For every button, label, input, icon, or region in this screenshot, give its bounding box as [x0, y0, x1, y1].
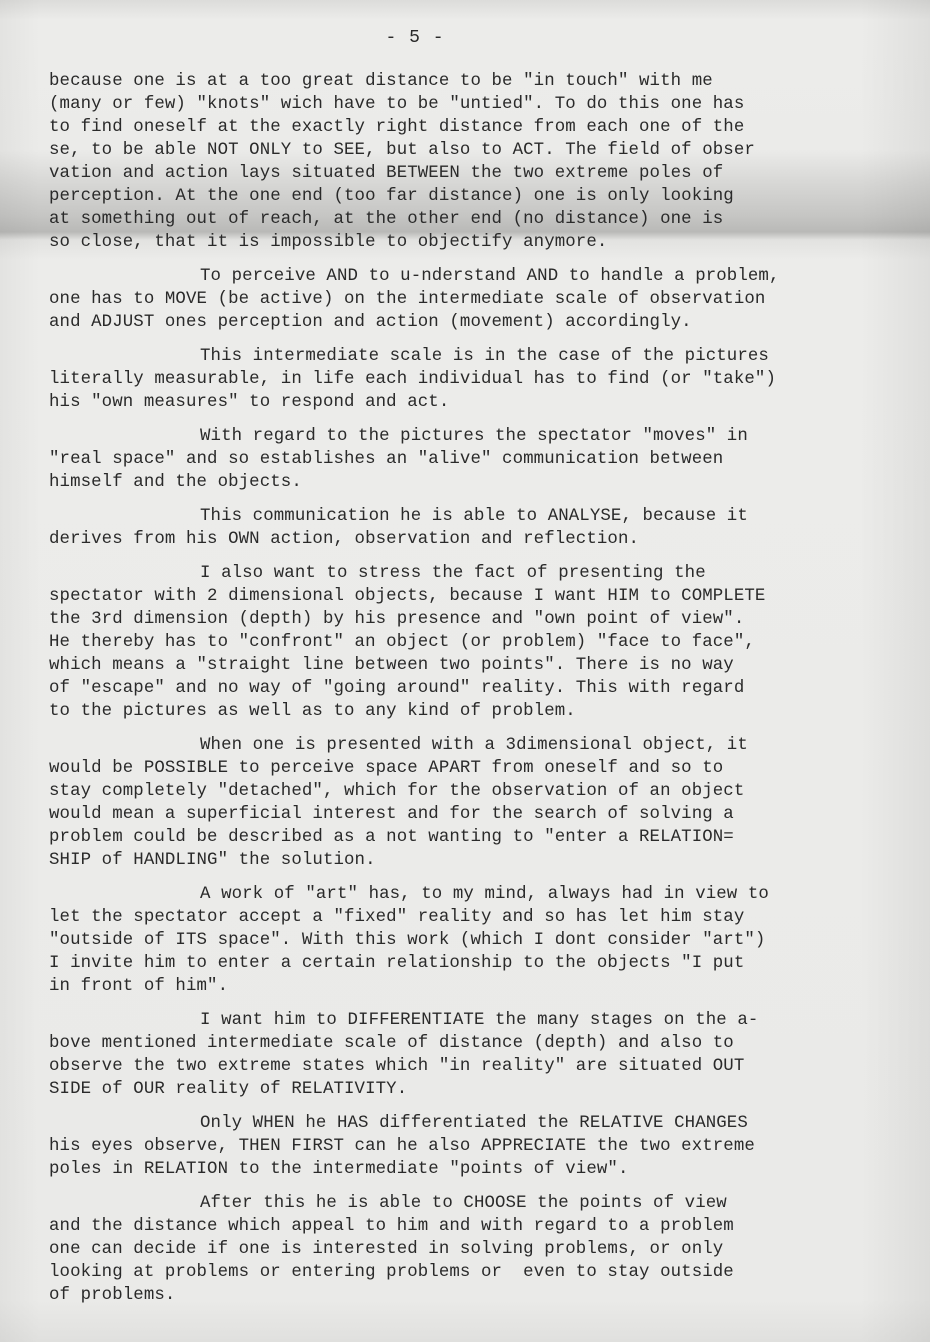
paragraph-3: This intermediate scale is in the case o… [49, 345, 869, 414]
text-line: I want him to DIFFERENTIATE the many sta… [49, 1009, 869, 1032]
text-line: at something out of reach, at the other … [49, 208, 869, 231]
text-line: observe the two extreme states which "in… [49, 1055, 869, 1078]
text-line: "real space" and so establishes an "aliv… [49, 448, 869, 471]
paragraph-4: With regard to the pictures the spectato… [49, 425, 869, 494]
text-line: A work of "art" has, to my mind, always … [49, 883, 869, 906]
text-line: Only WHEN he HAS differentiated the RELA… [49, 1112, 869, 1135]
paragraph-8: A work of "art" has, to my mind, always … [49, 883, 869, 998]
text-line: which means a "straight line between two… [49, 654, 869, 677]
text-line: (many or few) "knots" wich have to be "u… [49, 93, 869, 116]
text-line: of "escape" and no way of "going around"… [49, 677, 869, 700]
text-line: SHIP of HANDLING" the solution. [49, 849, 869, 872]
text-line: This communication he is able to ANALYSE… [49, 505, 869, 528]
text-line: problem could be described as a not want… [49, 826, 869, 849]
text-line: perception. At the one end (too far dist… [49, 185, 869, 208]
text-line: looking at problems or entering problems… [49, 1261, 869, 1284]
paragraph-1: because one is at a too great distance t… [49, 70, 869, 254]
text-line: vation and action lays situated BETWEEN … [49, 162, 869, 185]
text-line: and the distance which appeal to him and… [49, 1215, 869, 1238]
text-line: in front of him". [49, 975, 869, 998]
paragraph-10: Only WHEN he HAS differentiated the RELA… [49, 1112, 869, 1181]
text-line: because one is at a too great distance t… [49, 70, 869, 93]
text-line: one can decide if one is interested in s… [49, 1238, 869, 1261]
text-line: SIDE of OUR reality of RELATIVITY. [49, 1078, 869, 1101]
text-line: and ADJUST ones perception and action (m… [49, 311, 869, 334]
paragraph-6: I also want to stress the fact of presen… [49, 562, 869, 723]
text-line: so close, that it is impossible to objec… [49, 231, 869, 254]
paragraph-9: I want him to DIFFERENTIATE the many sta… [49, 1009, 869, 1101]
paragraph-5: This communication he is able to ANALYSE… [49, 505, 869, 551]
text-line: spectator with 2 dimensional objects, be… [49, 585, 869, 608]
text-line: would mean a superficial interest and fo… [49, 803, 869, 826]
text-line: se, to be able NOT ONLY to SEE, but also… [49, 139, 869, 162]
text-line: This intermediate scale is in the case o… [49, 345, 869, 368]
text-line: I also want to stress the fact of presen… [49, 562, 869, 585]
text-line: to find oneself at the exactly right dis… [49, 116, 869, 139]
text-line: would be POSSIBLE to perceive space APAR… [49, 757, 869, 780]
page-number: - 5 - [0, 28, 830, 48]
text-line: After this he is able to CHOOSE the poin… [49, 1192, 869, 1215]
text-line: He thereby has to "confront" an object (… [49, 631, 869, 654]
paragraph-7: When one is presented with a 3dimensiona… [49, 734, 869, 872]
text-line: one has to MOVE (be active) on the inter… [49, 288, 869, 311]
document-page: - 5 - because one is at a too great dist… [0, 0, 930, 1342]
text-line: his eyes observe, THEN FIRST can he also… [49, 1135, 869, 1158]
text-line: I invite him to enter a certain relation… [49, 952, 869, 975]
text-line: literally measurable, in life each indiv… [49, 368, 869, 391]
text-line: poles in RELATION to the intermediate "p… [49, 1158, 869, 1181]
text-line: the 3rd dimension (depth) by his presenc… [49, 608, 869, 631]
text-line: With regard to the pictures the spectato… [49, 425, 869, 448]
text-line: let the spectator accept a "fixed" reali… [49, 906, 869, 929]
text-line: derives from his OWN action, observation… [49, 528, 869, 551]
text-line: of problems. [49, 1284, 869, 1307]
paragraph-11: After this he is able to CHOOSE the poin… [49, 1192, 869, 1307]
text-line: stay completely "detached", which for th… [49, 780, 869, 803]
text-line: When one is presented with a 3dimensiona… [49, 734, 869, 757]
text-line: "outside of ITS space". With this work (… [49, 929, 869, 952]
paragraph-2: To perceive AND to u-nderstand AND to ha… [49, 265, 869, 334]
text-line: his "own measures" to respond and act. [49, 391, 869, 414]
text-line: bove mentioned intermediate scale of dis… [49, 1032, 869, 1055]
text-line: himself and the objects. [49, 471, 869, 494]
text-line: To perceive AND to u-nderstand AND to ha… [49, 265, 869, 288]
document-body: because one is at a too great distance t… [49, 70, 869, 1318]
text-line: to the pictures as well as to any kind o… [49, 700, 869, 723]
